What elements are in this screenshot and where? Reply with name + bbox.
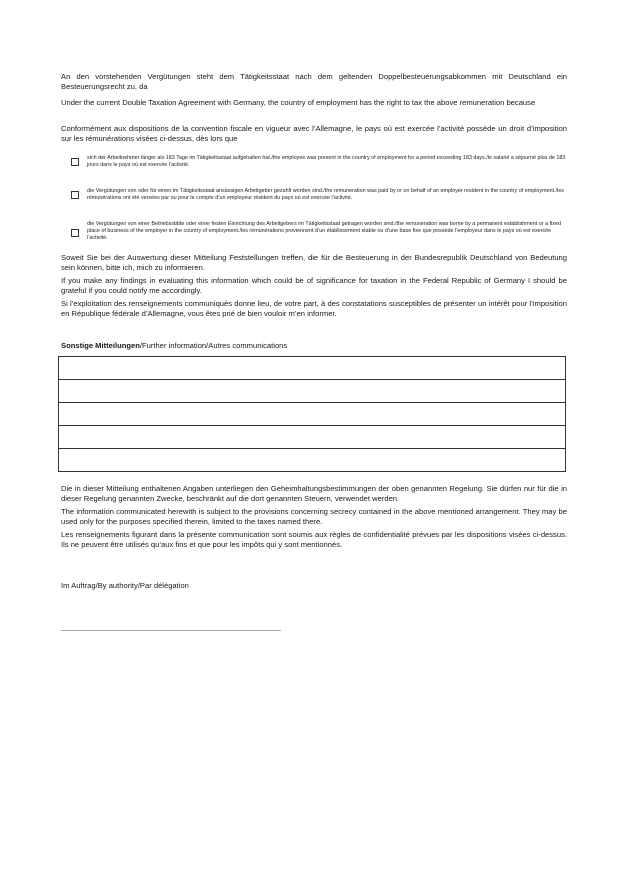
checkbox-183-days[interactable] [71, 158, 79, 166]
further-info-line-5[interactable] [59, 449, 565, 471]
checkbox-permanent-establishment[interactable] [71, 229, 79, 237]
findings-german: Soweit Sie bei der Auswertung dieser Mit… [61, 253, 567, 272]
findings-french: Si l’exploitation des renseignements com… [61, 299, 567, 318]
intro-french: Conformément aux dispositions de la conv… [61, 124, 567, 143]
checkbox-label: die Vergütungen von einer Betriebsstätte… [87, 221, 567, 243]
further-info-line-1[interactable] [59, 357, 565, 380]
further-info-title-rest: /Further information/Autres communicatio… [140, 341, 287, 350]
further-info-title: Sonstige Mitteilungen/Further informatio… [61, 341, 287, 350]
signature-label: Im Auftrag/By authority/Par délégation [61, 581, 189, 590]
secrecy-french: Les renseignements figurant dans la prés… [61, 530, 567, 549]
further-info-line-4[interactable] [59, 426, 565, 449]
further-info-line-3[interactable] [59, 403, 565, 426]
further-info-title-bold: Sonstige Mitteilungen [61, 341, 140, 350]
intro-english: Under the current Double Taxation Agreem… [61, 98, 567, 108]
signature-line[interactable] [61, 630, 281, 631]
further-info-box [58, 356, 566, 472]
findings-english: If you make any findings in evaluating t… [61, 276, 567, 295]
secrecy-english: The information communicated herewith is… [61, 507, 567, 526]
further-info-line-2[interactable] [59, 380, 565, 403]
intro-german: An den vorstehenden Vergütungen steht de… [61, 72, 567, 91]
checkbox-label: sich der Arbeitnehmer länger als 183 Tag… [87, 155, 567, 169]
checkbox-employer-resident[interactable] [71, 191, 79, 199]
secrecy-german: Die in dieser Mitteilung enthaltenen Ang… [61, 484, 567, 503]
checkbox-label: die Vergütungen von oder für einen im Tä… [87, 188, 567, 202]
